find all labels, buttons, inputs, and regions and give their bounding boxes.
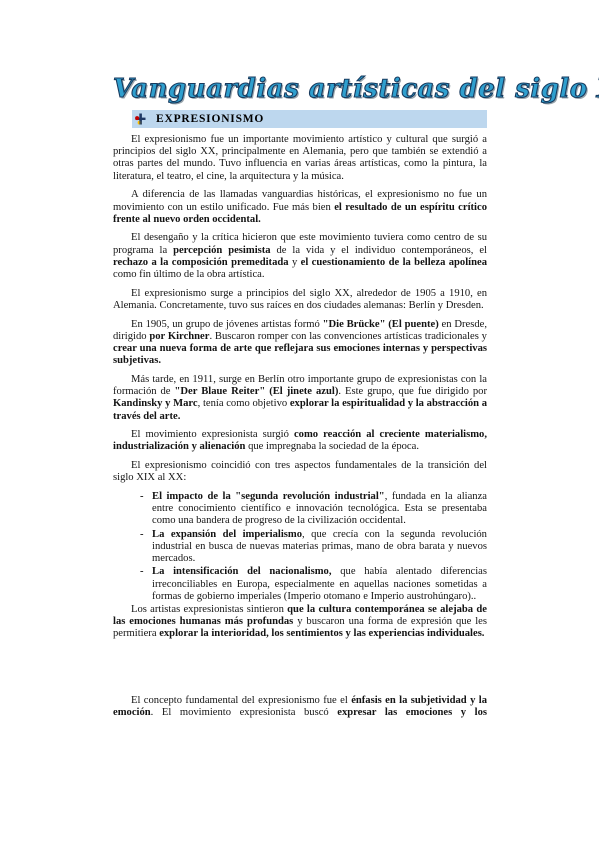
text-run: El expresionismo surge a principios del … (113, 288, 487, 311)
text-run: . Buscaron romper con las convenciones a… (209, 331, 487, 342)
paragraph: El concepto fundamental del expresionism… (113, 695, 487, 719)
text-run: El expresionismo coincidió con tres aspe… (113, 460, 487, 483)
plus-bullet-icon (135, 113, 146, 125)
text-run: . El movimiento expresionista buscó (151, 707, 338, 718)
bold-text: Kandinsky y Marc (113, 398, 198, 409)
text-run: , tenía como objetivo (198, 398, 290, 409)
document-title: Vanguardias artísticas del siglo XX (113, 72, 487, 106)
bold-text: La intensificación del nacionalismo, (152, 566, 332, 577)
document-body: El expresionismo fue un importante movim… (113, 134, 487, 719)
bold-text: crear una nueva forma de arte que reflej… (113, 343, 487, 366)
text-run: y (289, 257, 301, 268)
paragraph: El movimiento expresionista surgió como … (113, 429, 487, 453)
paragraph: El expresionismo coincidió con tres aspe… (113, 460, 487, 484)
paragraph: El desengaño y la crítica hicieron que e… (113, 232, 487, 281)
bold-text: La expansión del imperialismo (152, 529, 302, 540)
dash-bullet: - (140, 491, 152, 528)
paragraph: Los artistas expresionistas sintieron qu… (113, 604, 487, 641)
text-run: En 1905, un grupo de jóvenes artistas fo… (131, 319, 323, 330)
text-run: El movimiento expresionista surgió (131, 429, 294, 440)
text-run: El expresionismo fue un importante movim… (113, 134, 487, 182)
list-item-text: La intensificación del nacionalismo, que… (152, 566, 487, 603)
text-run: de la vida y el individuo contemporáneos… (271, 245, 487, 256)
paragraph: A diferencia de las llamadas vanguardias… (113, 189, 487, 226)
section-heading-bar: EXPRESIONISMO (132, 110, 487, 128)
bold-text: percepción pesimista (173, 245, 271, 256)
paragraph: En 1905, un grupo de jóvenes artistas fo… (113, 319, 487, 368)
paragraph: El expresionismo surge a principios del … (113, 288, 487, 312)
text-run: . Este grupo, que fue dirigido por (338, 386, 487, 397)
text-run: que impregnaba la sociedad de la época. (245, 441, 419, 452)
list-item: -La intensificación del nacionalismo, qu… (140, 566, 487, 603)
text-run: El concepto fundamental del expresionism… (131, 695, 351, 706)
bold-text: explorar la interioridad, los sentimient… (159, 628, 484, 639)
bold-text: por Kirchner (149, 331, 209, 342)
bold-text: "Die Brücke" (El puente) (323, 319, 439, 330)
vertical-gap (113, 647, 487, 695)
bold-text: expresar las emociones y los (337, 707, 487, 718)
list-item-text: El impacto de la "segunda revolución ind… (152, 491, 487, 528)
bold-text: El impacto de la "segunda revolución ind… (152, 491, 385, 502)
text-run: como fin último de la obra artística. (113, 269, 265, 280)
list-item-text: La expansión del imperialismo, que crecí… (152, 529, 487, 566)
list-item: -El impacto de la "segunda revolución in… (140, 491, 487, 528)
dash-bullet: - (140, 529, 152, 566)
dash-bullet: - (140, 566, 152, 603)
paragraph: Más tarde, en 1911, surge en Berlín otro… (113, 374, 487, 423)
section-heading-label: EXPRESIONISMO (156, 113, 264, 125)
text-run: Los artistas expresionistas sintieron (131, 604, 287, 615)
list-item: -La expansión del imperialismo, que crec… (140, 529, 487, 566)
paragraph: El expresionismo fue un importante movim… (113, 134, 487, 183)
document-page: Vanguardias artísticas del siglo XX EXPR… (0, 0, 599, 848)
bold-text: "Der Blaue Reiter" (El jinete azul) (175, 386, 339, 397)
bold-text: el cuestionamiento de la belleza apolíne… (301, 257, 487, 268)
bold-text: rechazo a la composición premeditada (113, 257, 289, 268)
